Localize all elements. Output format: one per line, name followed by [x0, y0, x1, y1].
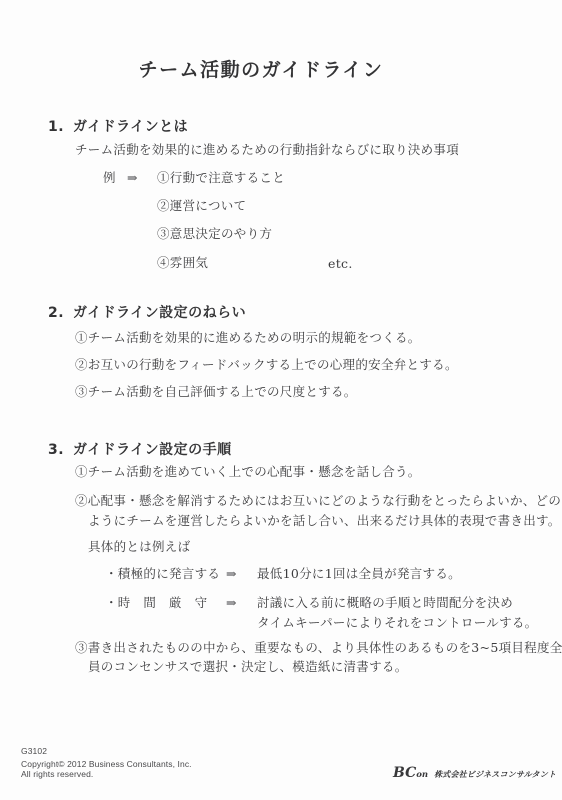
double-arrow-icon: ⇒	[226, 596, 237, 610]
section1-heading: ガイドラインとは	[73, 119, 188, 135]
example2-line1: 討議に入る前に概略の手順と時間配分を決め	[257, 596, 513, 610]
section1-intro: チーム活動を効果的に進めるための行動指針ならびに取り決め事項	[75, 143, 459, 157]
section1-item-4: ④雰囲気	[157, 256, 208, 270]
section3-item-2-line2: ようにチームを運営したらよいかを話し合い、出来るだけ具体的表現で書き出す。	[88, 514, 561, 528]
section3-item-2-line1: ②心配事・懸念を解消するためにはお互いにどのような行動をとったらよいか、どの	[75, 494, 561, 508]
section2-heading-row: 2.ガイドライン設定のねらい	[48, 302, 246, 322]
section3-subheading: 具体的とは例えば	[88, 540, 190, 554]
bcon-logo-bc: BC	[393, 765, 416, 781]
section2-item-1: ①チーム活動を効果的に進めるための明示的規範をつくる。	[75, 331, 421, 345]
section3-heading: ガイドライン設定の手順	[73, 442, 232, 458]
section3-item-3-line1: ③書き出されたものの中から、重要なもの、より具体性のあるものを3~5項目程度全	[75, 641, 562, 655]
document-title: チーム活動のガイドライン	[0, 55, 522, 82]
bcon-logo-on: on	[416, 770, 428, 780]
example1-text: 最低10分に1回は全員が発言する。	[257, 567, 461, 581]
double-arrow-icon: ⇒	[127, 171, 138, 185]
example1-label: ・積極的に発言する	[105, 567, 220, 581]
section1-item-3: ③意思決定のやり方	[157, 227, 272, 241]
section1-item-1: ①行動で注意すること	[157, 171, 285, 185]
example2-label: ・時 間 厳 守	[105, 596, 207, 610]
document-page: チーム活動のガイドライン 1.ガイドラインとは チーム活動を効果的に進めるための…	[0, 0, 562, 800]
section1-item-2: ②運営について	[157, 199, 246, 213]
section3-item-1: ①チーム活動を進めていく上での心配事・懸念を話し合う。	[75, 465, 421, 479]
section3-heading-row: 3.ガイドライン設定の手順	[48, 439, 232, 459]
section2-item-3: ③チーム活動を自己評価する上での尺度とする。	[75, 385, 357, 399]
section1-heading-row: 1.ガイドラインとは	[48, 116, 188, 136]
example-label: 例	[103, 171, 116, 185]
company-name: 株式会社ビジネスコンサルタント	[434, 769, 556, 780]
example2-line2: タイムキーパーによりそれをコントロールする。	[257, 616, 537, 630]
section2-item-2: ②お互いの行動をフィードバックする上での心理的安全弁とする。	[75, 358, 458, 372]
doc-code: G3102	[21, 746, 47, 756]
etc-label: etc.	[328, 257, 353, 271]
section2-number: 2.	[48, 305, 73, 321]
section3-item-3-line2: 員のコンセンサスで選択・決定し、模造紙に清書する。	[88, 660, 408, 674]
section2-heading: ガイドライン設定のねらい	[73, 305, 246, 321]
section1-number: 1.	[48, 119, 73, 135]
bcon-logo: BCon 株式会社ビジネスコンサルタント	[393, 765, 556, 781]
section3-number: 3.	[48, 442, 73, 458]
copyright-line1: Copyright© 2012 Business Consultants, In…	[21, 759, 192, 769]
double-arrow-icon: ⇒	[226, 567, 237, 581]
copyright-line2: All rights reserved.	[21, 769, 93, 779]
